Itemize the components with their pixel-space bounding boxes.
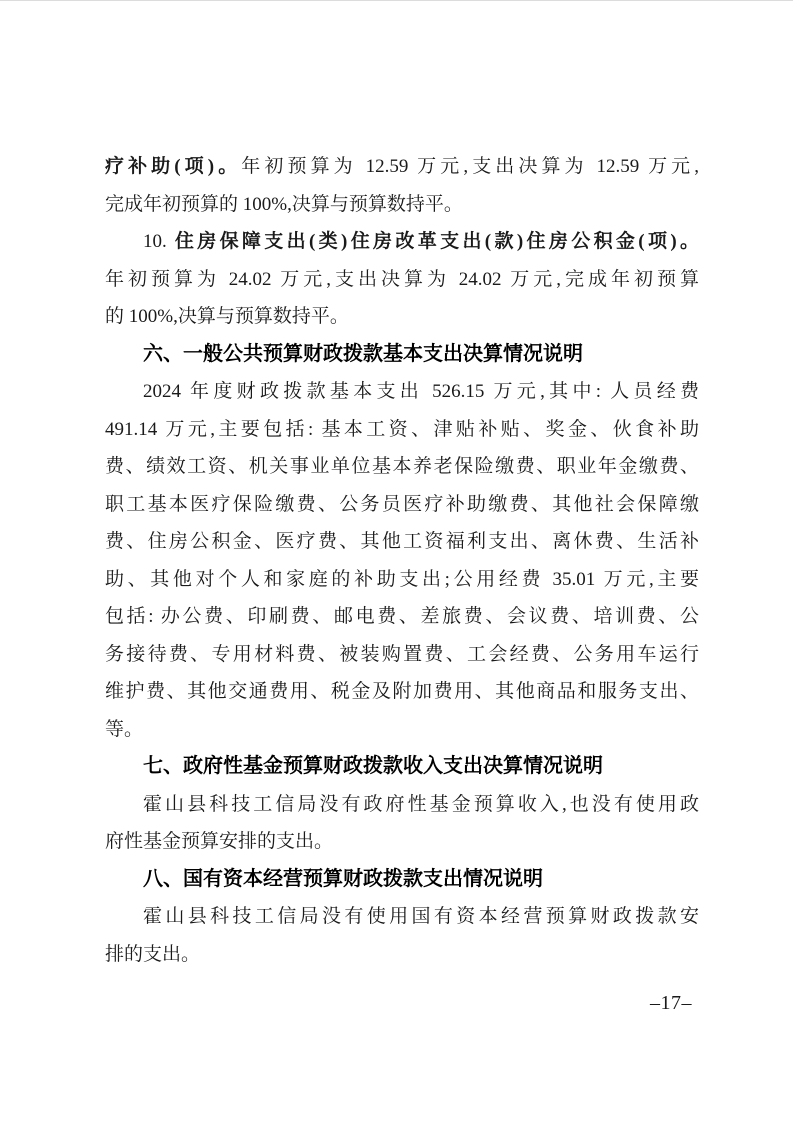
section-heading: 六、一般公共预算财政拨款基本支出决算情况说明 <box>105 336 699 374</box>
text-segment: 职工基本医疗保险缴费、公务员医疗补助缴费、其他社会保障缴 <box>105 494 699 515</box>
bold-text-segment: 七、政府性基金预算财政拨款收入支出决算情况说明 <box>143 755 603 777</box>
text-line: 2024 年度财政拨款基本支出 526.15 万元,其中: 人员经费 <box>105 373 699 411</box>
bold-text-segment: 住房保障支出(类)住房改革支出(款)住房公积金(项)。 <box>175 231 699 252</box>
text-line: 职工基本医疗保险缴费、公务员医疗补助缴费、其他社会保障缴 <box>105 486 699 524</box>
bold-text-segment: 六、一般公共预算财政拨款基本支出决算情况说明 <box>143 343 583 365</box>
text-segment: 务接待费、专用材料费、被装购置费、工会经费、公务用车运行 <box>105 644 699 665</box>
text-segment: 费、住房公积金、医疗费、其他工资福利支出、离休费、生活补 <box>105 531 699 552</box>
text-segment: 霍山县科技工信局没有政府性基金预算收入,也没有使用政 <box>143 794 699 815</box>
text-line: 费、绩效工资、机关事业单位基本养老保险缴费、职业年金缴费、 <box>105 448 699 486</box>
text-line: 维护费、其他交通费用、税金及附加费用、其他商品和服务支出、 <box>105 673 699 711</box>
text-segment: 包括: 办公费、印刷费、邮电费、差旅费、会议费、培训费、公 <box>105 606 699 627</box>
bold-text-segment: 疗补助(项)。 <box>105 156 241 177</box>
text-line: 疗补助(项)。年初预算为 12.59 万元,支出决算为 12.59 万元, <box>105 148 699 186</box>
section-heading: 八、国有资本经营预算财政拨款支出情况说明 <box>105 861 699 899</box>
text-segment: 排的支出。 <box>105 944 200 965</box>
text-segment: 年初预算为 24.02 万元,支出决算为 24.02 万元,完成年初预算 <box>105 269 699 290</box>
text-segment: 的 100%,决算与预算数持平。 <box>105 306 349 327</box>
text-segment: 完成年初预算的 100%,决算与预算数持平。 <box>105 194 463 215</box>
text-segment: 10. <box>143 231 175 252</box>
text-segment: 年初预算为 12.59 万元,支出决算为 12.59 万元, <box>241 156 699 177</box>
text-line: 府性基金预算安排的支出。 <box>105 823 699 861</box>
text-segment: 费、绩效工资、机关事业单位基本养老保险缴费、职业年金缴费、 <box>105 456 699 477</box>
text-segment: 府性基金预算安排的支出。 <box>105 831 333 852</box>
text-segment: 助、其他对个人和家庭的补助支出;公用经费 35.01 万元,主要 <box>105 569 699 590</box>
text-line: 的 100%,决算与预算数持平。 <box>105 298 699 336</box>
text-line: 包括: 办公费、印刷费、邮电费、差旅费、会议费、培训费、公 <box>105 598 699 636</box>
text-segment: 等。 <box>105 719 143 740</box>
section-heading: 七、政府性基金预算财政拨款收入支出决算情况说明 <box>105 748 699 786</box>
text-segment: 维护费、其他交通费用、税金及附加费用、其他商品和服务支出、 <box>105 681 699 702</box>
text-line: 年初预算为 24.02 万元,支出决算为 24.02 万元,完成年初预算 <box>105 261 699 299</box>
text-line: 助、其他对个人和家庭的补助支出;公用经费 35.01 万元,主要 <box>105 561 699 599</box>
page-number: –17– <box>650 992 710 1015</box>
text-line: 霍山县科技工信局没有政府性基金预算收入,也没有使用政 <box>105 786 699 824</box>
text-line: 完成年初预算的 100%,决算与预算数持平。 <box>105 186 699 224</box>
text-segment: 491.14 万元,主要包括: 基本工资、津贴补贴、奖金、伙食补助 <box>105 419 699 440</box>
text-line: 等。 <box>105 711 699 749</box>
bold-text-segment: 八、国有资本经营预算财政拨款支出情况说明 <box>143 868 543 890</box>
text-line: 排的支出。 <box>105 936 699 974</box>
text-line: 费、住房公积金、医疗费、其他工资福利支出、离休费、生活补 <box>105 523 699 561</box>
text-line: 491.14 万元,主要包括: 基本工资、津贴补贴、奖金、伙食补助 <box>105 411 699 449</box>
text-line: 10. 住房保障支出(类)住房改革支出(款)住房公积金(项)。 <box>105 223 699 261</box>
text-line: 务接待费、专用材料费、被装购置费、工会经费、公务用车运行 <box>105 636 699 674</box>
text-line: 霍山县科技工信局没有使用国有资本经营预算财政拨款安 <box>105 898 699 936</box>
report-body: 疗补助(项)。年初预算为 12.59 万元,支出决算为 12.59 万元,完成年… <box>105 148 699 973</box>
text-segment: 霍山县科技工信局没有使用国有资本经营预算财政拨款安 <box>143 906 699 927</box>
document-page: 疗补助(项)。年初预算为 12.59 万元,支出决算为 12.59 万元,完成年… <box>0 0 793 1123</box>
text-segment: 2024 年度财政拨款基本支出 526.15 万元,其中: 人员经费 <box>143 381 699 402</box>
